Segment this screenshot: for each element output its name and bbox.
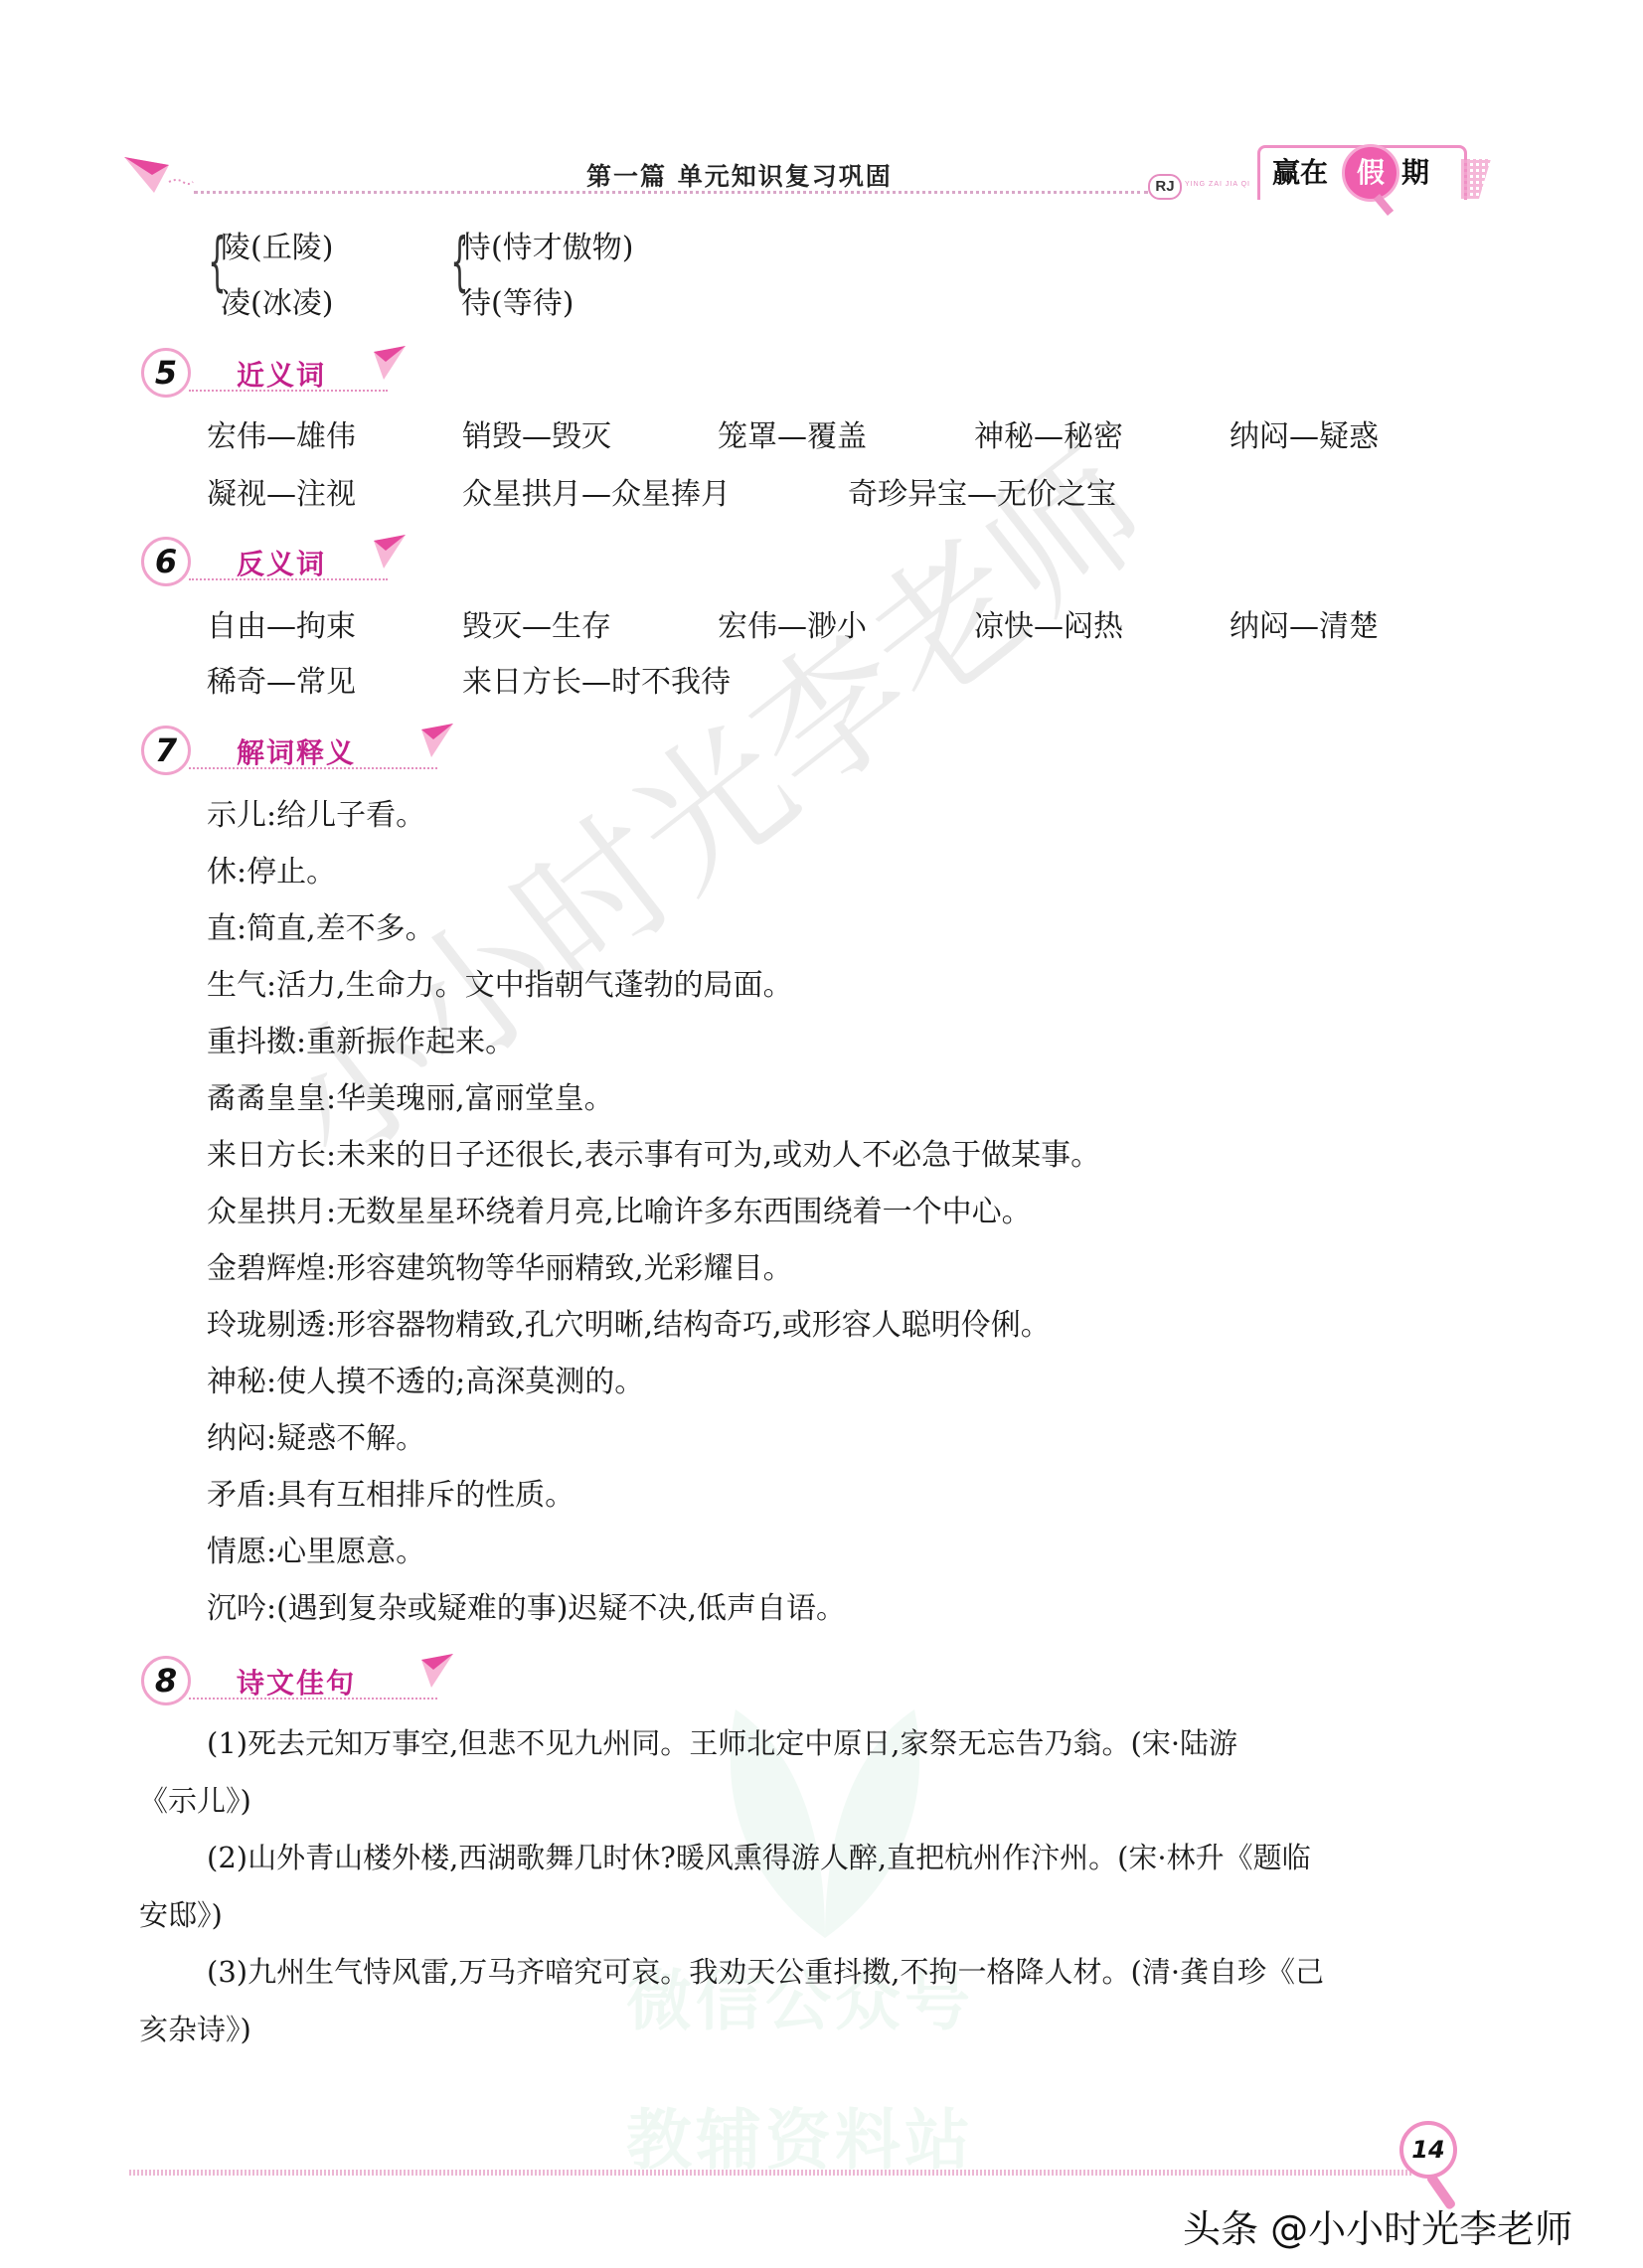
synonym-pair: 奇珍异宝—无价之宝	[848, 480, 1116, 510]
char-group-item: 待(等待)	[461, 289, 574, 319]
brand-logo-text-pre: 赢在	[1272, 151, 1328, 191]
char-group-item: 凌(冰凌)	[221, 289, 333, 319]
section-title-definitions: 解词释义	[237, 731, 356, 771]
synonym-pair: 神秘—秘密	[974, 422, 1123, 452]
definition-item: 玲珑剔透:形容器物精致,孔穴明晰,结构奇巧,或形容人聪明伶俐。	[207, 1311, 1051, 1341]
section-number-7: 7	[141, 726, 191, 775]
poem-line: (1)死去元知万事空,但悲不见九州同。王师北定中原日,家祭无忘告乃翁。(宋·陆游	[207, 1729, 1237, 1758]
section-number-8: 8	[141, 1656, 191, 1705]
definition-item: 情愿:心里愿意。	[207, 1538, 425, 1567]
antonym-pair: 稀奇—常见	[207, 668, 356, 698]
definition-item: 神秘:使人摸不透的;高深莫测的。	[207, 1368, 644, 1397]
antonym-pair: 来日方长—时不我待	[462, 668, 731, 698]
paper-plane-icon	[417, 724, 453, 757]
page-number: 14	[1399, 2121, 1457, 2179]
section-title-synonyms: 近义词	[237, 354, 326, 394]
definition-item: 示儿:给儿子看。	[207, 801, 425, 831]
grid-pattern-decoration	[1461, 159, 1491, 199]
definition-item: 重抖擞:重新振作起来。	[207, 1028, 515, 1057]
definition-item: 矛盾:具有互相排斥的性质。	[207, 1481, 575, 1511]
section-title-antonyms: 反义词	[237, 543, 326, 582]
char-group-item: 恃(恃才傲物)	[461, 234, 633, 263]
footer-dotted-rule	[129, 2170, 1411, 2176]
definition-item: 金碧辉煌:形容建筑物等华丽精致,光彩耀目。	[207, 1254, 793, 1284]
brand-logo-text-post: 期	[1401, 151, 1429, 191]
poem-line: (2)山外青山楼外楼,西湖歌舞几时休?暖风熏得游人醉,直把杭州作汴州。(宋·林升…	[207, 1844, 1311, 1872]
synonym-pair: 销毁—毁灭	[462, 422, 611, 452]
paper-plane-icon	[124, 157, 194, 193]
synonym-pair: 纳闷—疑惑	[1230, 422, 1379, 452]
poem-source: 亥杂诗》)	[139, 2016, 251, 2044]
antonym-pair: 毁灭—生存	[462, 612, 611, 642]
poem-source: 《示儿》)	[139, 1787, 251, 1816]
antonym-pair: 纳闷—清楚	[1230, 612, 1379, 642]
poem-source: 安邸》)	[139, 1901, 223, 1930]
antonym-pair: 自由—拘束	[207, 612, 356, 642]
definition-item: 直:简直,差不多。	[207, 914, 435, 944]
synonym-pair: 凝视—注视	[207, 480, 356, 510]
definition-item: 来日方长:未来的日子还很长,表示事有可为,或劝人不必急于做某事。	[207, 1141, 1100, 1171]
brand-pinyin: YING ZAI JIA QI	[1185, 181, 1250, 188]
synonym-pair: 笼罩—覆盖	[718, 422, 867, 452]
synonym-pair: 宏伟—雄伟	[207, 422, 356, 452]
synonym-pair: 众星拱月—众星捧月	[462, 480, 731, 510]
definition-item: 生气:活力,生命力。文中指朝气蓬勃的局面。	[207, 971, 793, 1001]
paper-plane-icon	[417, 1654, 453, 1688]
paper-plane-icon	[370, 535, 406, 568]
definition-item: 众星拱月:无数星星环绕着月亮,比喻许多东西围绕着一个中心。	[207, 1198, 1032, 1227]
section-title-poems: 诗文佳句	[237, 1662, 356, 1701]
definition-item: 纳闷:疑惑不解。	[207, 1424, 425, 1454]
section-number-5: 5	[141, 348, 191, 398]
paper-plane-icon	[370, 346, 406, 380]
definition-item: 休:停止。	[207, 858, 336, 888]
brand-logo-circle: 假	[1342, 144, 1399, 202]
edition-badge: RJ	[1148, 174, 1182, 200]
poem-line: (3)九州生气恃风雷,万马齐喑究可哀。我劝天公重抖擞,不拘一格降人材。(清·龚自…	[207, 1958, 1324, 1987]
antonym-pair: 凉快—闷热	[974, 612, 1123, 642]
page-header-title: 第一篇 单元知识复习巩固	[586, 157, 893, 193]
antonym-pair: 宏伟—渺小	[718, 612, 867, 642]
definition-item: 矞矞皇皇:华美瑰丽,富丽堂皇。	[207, 1084, 614, 1114]
watermark-jiaofu: 教辅资料站	[626, 2087, 974, 2182]
definition-item: 沉吟:(遇到复杂或疑难的事)迟疑不决,低声自语。	[207, 1594, 846, 1624]
char-group-item: 陵(丘陵)	[221, 234, 333, 263]
section-number-6: 6	[141, 537, 191, 586]
credit-overlay: 头条 @小小时光李老师	[1183, 2198, 1572, 2253]
